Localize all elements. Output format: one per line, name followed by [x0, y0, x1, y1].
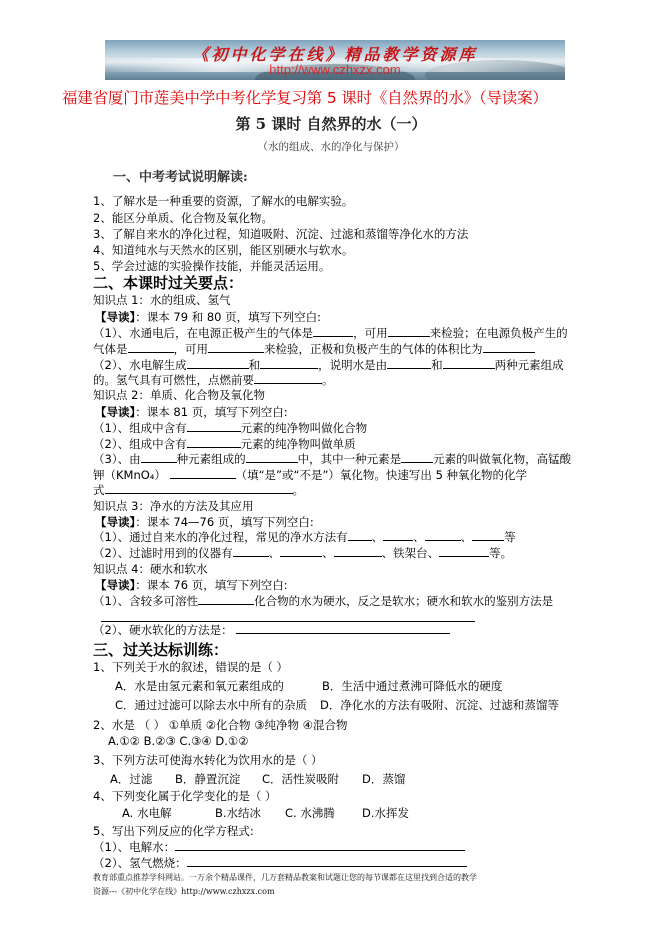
kp4-guide: 【导读】：课本 76 页，填写下列空白: — [95, 577, 288, 593]
question-text: 和 — [249, 358, 261, 372]
question-text: 两种元素组成 — [495, 358, 564, 372]
objective-item: 1、了解水是一种重要的资源，了解水的电解实验。 — [93, 193, 353, 209]
fill-blank[interactable] — [443, 357, 495, 369]
knowledge-point-1-title: 知识点 1：水的组成、氢气 — [93, 292, 230, 308]
section-3-heading: 三、过关达标训练： — [93, 639, 228, 660]
guide-label: 【导读】 — [95, 405, 135, 419]
lesson-subtitle: （水的组成、水的净化与保护） — [0, 139, 662, 154]
separator: 、 — [461, 530, 473, 544]
fill-blank[interactable] — [246, 451, 298, 463]
kp1-question-1-line-2: 气体是，可用来检验，正极和负极产生的气体的体积比为 — [93, 341, 535, 357]
fill-blank[interactable] — [348, 529, 372, 541]
objective-item: 2、能区分单质、化合物及氧化物。 — [93, 210, 273, 226]
fill-blank[interactable] — [388, 325, 430, 337]
question-text: （1）、水通电后，在电源正极产生的气体是 — [93, 326, 313, 340]
kp2-question-3-line-3: 式。 — [93, 482, 304, 498]
kp2-guide: 【导读】：课本 81 页，填写下列空白: — [95, 404, 288, 420]
fill-blank[interactable] — [175, 839, 465, 851]
banner-url[interactable]: http://www.czhxzx.com — [105, 62, 565, 77]
kp1-guide: 【导读】：课本 79 和 80 页，填写下列空白: — [95, 309, 321, 325]
objective-item: 3、了解自来水的净化过程，知道吸附、沉淀、过滤和蒸馏等净化水的方法 — [93, 226, 468, 242]
kp4-question-2: （2）、硬水软化的方法是： — [93, 622, 450, 638]
fill-blank[interactable] — [254, 372, 322, 384]
question-text: （填“是”或“不是”）氧化物。快速写出 5 种氧化物的化学 — [236, 468, 527, 482]
section-1-heading: 一、中考考试说明解读: — [113, 166, 248, 185]
guide-text: ：课本 74—76 页，填写下列空白: — [135, 515, 313, 529]
question-text: （3）、由 — [93, 452, 141, 466]
kp4-question-1: （1）、含较多可溶性化合物的水为硬水，反之是软水；硬水和软水的鉴别方法是 — [93, 593, 553, 609]
question-text: 元素的叫做氧化物，高锰酸 — [433, 452, 571, 466]
exercise-1-option-b[interactable]: B．生活中通过煮沸可降低水的硬度 — [322, 678, 502, 694]
question-text: 等。 — [489, 546, 512, 560]
footer-line-1: 教育部重点推荐学科网站。一万余个精品课件，几万套精品教案和试题让您的每节课都在这… — [93, 872, 477, 883]
question-text: 和 — [431, 358, 443, 372]
question-text: 。 — [293, 483, 305, 497]
question-text: ，可用 — [353, 326, 388, 340]
question-text: （2）、水电解生成 — [93, 358, 187, 372]
exercise-3-stem: 3、下列方法可使海水转化为饮用水的是（ ） — [93, 752, 322, 768]
question-text: （1）、电解水： — [93, 840, 175, 854]
question-text: 的。氢气具有可燃性，点燃前要 — [93, 373, 254, 387]
banner-image: 《初中化学在线》精品教学资源库 http://www.czhxzx.com — [105, 40, 565, 80]
fill-blank[interactable] — [128, 341, 174, 353]
exercise-4-option-d[interactable]: D.水挥发 — [362, 805, 409, 821]
section-2-heading: 二、本课时过关要点： — [93, 272, 243, 293]
question-text: 来检验；在电源负极产生的 — [430, 326, 568, 340]
exercise-4-option-b[interactable]: B.水结冰 — [215, 805, 261, 821]
kp2-question-3-line-2: 钾（KMnO₄） （填“是”或“不是”）氧化物。快速写出 5 种氧化物的化学 — [93, 467, 527, 483]
fill-blank[interactable] — [105, 482, 293, 494]
kp2-question-2: （2）、组成中含有元素的纯净物叫做单质 — [93, 436, 356, 452]
question-text: 。 — [322, 373, 334, 387]
knowledge-point-3-title: 知识点 3：净水的方法及其应用 — [93, 498, 253, 514]
question-text: （2）、硬水软化的方法是： — [93, 623, 233, 637]
fill-blank[interactable] — [198, 593, 254, 605]
exercise-2-stem: 2、水是 （ ） ①单质 ②化合物 ③纯净物 ④混合物 — [93, 717, 348, 733]
separator: 、 — [269, 546, 281, 560]
fill-blank[interactable] — [187, 357, 249, 369]
exercise-1-option-a[interactable]: A．水是由氢元素和氧元素组成的 — [115, 678, 284, 694]
fill-blank[interactable] — [334, 545, 382, 557]
exercise-4-option-a[interactable]: A. 水电解 — [122, 805, 171, 821]
question-text: 等 — [504, 530, 516, 544]
exercise-5-part-2: （2）、氢气燃烧： — [93, 855, 467, 871]
fill-blank[interactable] — [313, 325, 353, 337]
fill-blank[interactable] — [383, 529, 413, 541]
separator: 、 — [322, 546, 334, 560]
kp3-guide: 【导读】：课本 74—76 页，填写下列空白: — [95, 514, 314, 530]
knowledge-point-4-title: 知识点 4：硬水和软水 — [93, 561, 207, 577]
question-text: （1）、组成中含有 — [93, 421, 187, 435]
footer-line-2[interactable]: 资源---《初中化学在线》http://www.czhxzx.com — [93, 886, 275, 897]
exercise-5-stem: 5、写出下列反应的化学方程式: — [93, 823, 254, 839]
question-text: ，说明水是由 — [318, 358, 387, 372]
exercise-1-stem: 1、下列关于水的叙述，错误的是（ ） — [93, 659, 288, 675]
guide-text: ：课本 79 和 80 页，填写下列空白: — [135, 310, 321, 324]
fill-blank[interactable] — [387, 357, 431, 369]
exercise-4-stem: 4、下列变化属于化学变化的是（ ） — [93, 788, 276, 804]
question-text: 元素的纯净物叫做化合物 — [241, 421, 368, 435]
kp2-question-3-line-1: （3）、由种元素组成的中，其中一种元素是元素的叫做氧化物，高锰酸 — [93, 451, 571, 467]
fill-blank[interactable] — [187, 855, 467, 867]
knowledge-point-2-title: 知识点 2：单质、化合物及氧化物 — [93, 387, 265, 403]
fill-blank[interactable] — [425, 529, 461, 541]
question-text: 钾（KMnO₄） — [93, 468, 166, 482]
kp1-question-1-line-1: （1）、水通电后，在电源正极产生的气体是，可用来检验；在电源负极产生的 — [93, 325, 568, 341]
guide-label: 【导读】 — [95, 578, 135, 592]
fill-blank[interactable] — [280, 545, 322, 557]
question-text: （1）、含较多可溶性 — [93, 594, 198, 608]
fill-blank[interactable] — [187, 420, 241, 432]
fill-blank[interactable] — [472, 529, 504, 541]
separator: 、 — [372, 530, 384, 544]
kp1-question-2-line-2: 的。氢气具有可燃性，点燃前要。 — [93, 372, 334, 388]
exercise-2-options[interactable]: A.①② B.②③ C.③④ D.①② — [108, 734, 249, 748]
question-text: 来检验，正极和负极产生的气体的体积比为 — [264, 342, 483, 356]
fill-blank[interactable] — [187, 436, 241, 448]
question-text: （2）、氢气燃烧： — [93, 856, 187, 870]
question-text: 气体是 — [93, 342, 128, 356]
kp3-question-1: （1）、通过自来水的净化过程，常见的净水方法有、、、等 — [93, 529, 516, 545]
exercise-3-option-d[interactable]: D．蒸馏 — [362, 771, 405, 787]
guide-text: ：课本 76 页，填写下列空白: — [135, 578, 287, 592]
document-title: 福建省厦门市莲美中学中考化学复习第 5 课时《自然界的水》（导读案） — [62, 86, 548, 108]
question-text: 式 — [93, 483, 105, 497]
fill-blank[interactable] — [483, 341, 535, 353]
fill-blank[interactable] — [236, 622, 450, 634]
exercise-4-option-c[interactable]: C. 水沸腾 — [285, 805, 335, 821]
fill-blank[interactable] — [401, 451, 433, 463]
exercise-5-part-1: （1）、电解水： — [93, 839, 465, 855]
question-text: 种元素组成的 — [177, 452, 246, 466]
separator: 、 — [413, 530, 425, 544]
exercise-1-option-c[interactable]: C．通过过滤可以除去水中所有的杂质 — [115, 697, 307, 713]
kp1-question-2-line-1: （2）、水电解生成和，说明水是由和两种元素组成 — [93, 357, 564, 373]
fill-blank[interactable] — [208, 341, 264, 353]
fill-blank[interactable] — [439, 545, 489, 557]
guide-text: ：课本 81 页，填写下列空白: — [135, 405, 287, 419]
fill-blank[interactable] — [141, 451, 177, 463]
objective-item: 4、知道纯水与天然水的区别，能区别硬水与软水。 — [93, 242, 353, 258]
lesson-title: 第 5 课时 自然界的水（一） — [0, 113, 662, 134]
question-text: （2）、过滤时用到的仪器有 — [93, 546, 233, 560]
exercise-1-option-d[interactable]: D．净化水的方法有吸附、沉淀、过滤和蒸馏等 — [320, 697, 559, 713]
question-text: （1）、通过自来水的净化过程，常见的净水方法有 — [93, 530, 348, 544]
question-text: 元素的纯净物叫做单质 — [241, 437, 356, 451]
fill-blank[interactable] — [260, 357, 318, 369]
exercise-3-option-b[interactable]: B．静置沉淀 — [175, 771, 240, 787]
guide-label: 【导读】 — [95, 515, 135, 529]
question-text: （2）、组成中含有 — [93, 437, 187, 451]
question-text: 、铁架台、 — [382, 546, 440, 560]
exercise-3-option-c[interactable]: C．活性炭吸附 — [262, 771, 339, 787]
question-text: 化合物的水为硬水，反之是软水；硬水和软水的鉴别方法是 — [254, 594, 553, 608]
kp3-question-2: （2）、过滤时用到的仪器有、、、铁架台、等。 — [93, 545, 512, 561]
exercise-3-option-a[interactable]: A．过滤 — [110, 771, 152, 787]
question-text: ，可用 — [174, 342, 209, 356]
fill-blank[interactable] — [233, 545, 269, 557]
guide-label: 【导读】 — [95, 310, 135, 324]
question-text: 中，其中一种元素是 — [298, 452, 402, 466]
kp2-question-1: （1）、组成中含有元素的纯净物叫做化合物 — [93, 420, 367, 436]
fill-blank[interactable] — [170, 467, 236, 479]
